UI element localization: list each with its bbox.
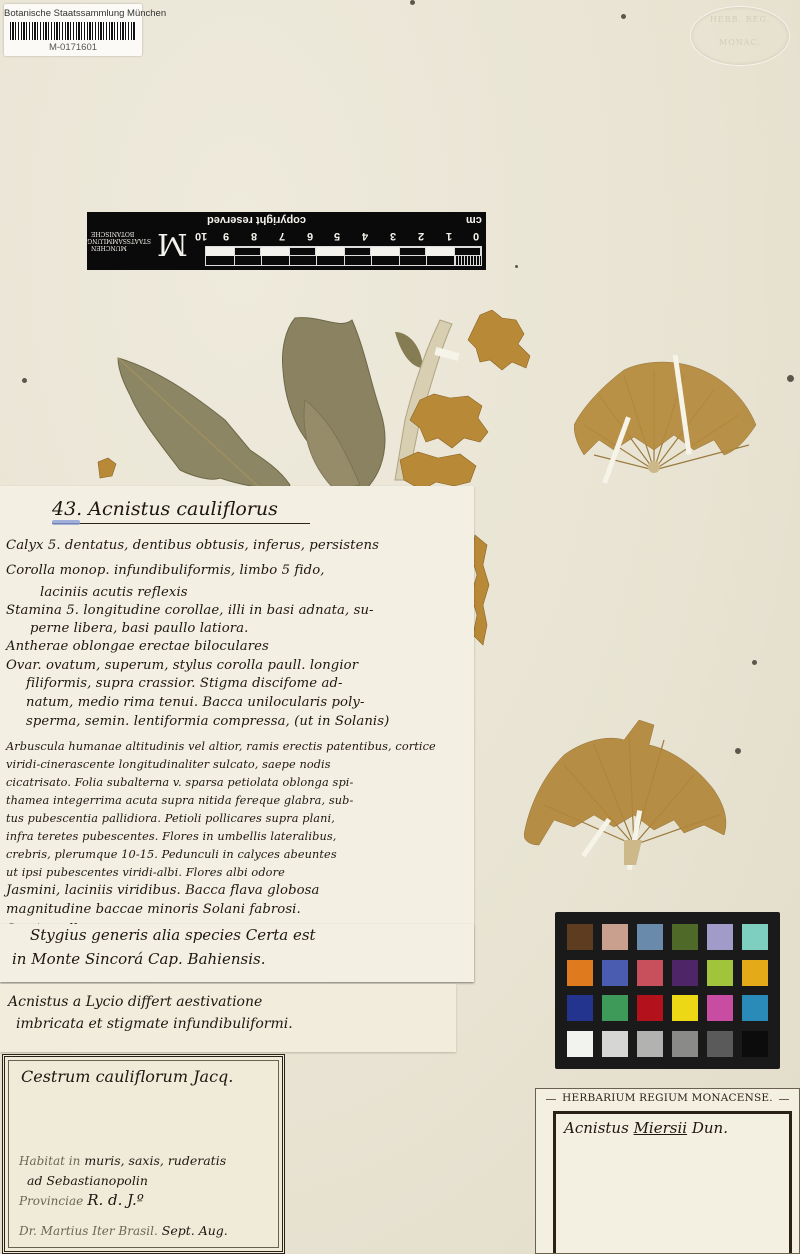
species-title: 43. Acnistus cauliflorus [52,498,278,520]
ruler [205,246,482,266]
barcode-label: Botanische Staatssammlung München M-0171… [4,4,142,56]
note-line: viridi-cinerascente longitudinaliter sul… [6,758,331,771]
province-row: Provinciae R. d. J.º [19,1191,144,1209]
collection-date: Sept. Aug. [162,1223,228,1238]
collector-row: Dr. Martius Iter Brasil. Sept. Aug. [19,1223,228,1238]
note-line: thamea integerrima acuta supra nitida fe… [6,794,353,807]
paper-speck [621,14,626,19]
note-line: Calyx 5. dentatus, dentibus obtusis, inf… [6,538,379,553]
note-line: laciniis acutis reflexis [40,585,188,600]
header-text: HERBARIUM REGIUM MONACENSE. [556,1092,779,1104]
note-line: crebris, plerumque 10-15. Pedunculi in c… [6,848,337,861]
collection-label: Cestrum cauliflorum Jacq. Habitat in mur… [2,1054,285,1254]
color-patch [707,1031,733,1057]
color-patch [742,960,768,986]
label-header: HERBARIUM REGIUM MONACENSE. [536,1092,799,1104]
tick-label: 3 [390,230,396,242]
color-patch [567,960,593,986]
color-patch [672,924,698,950]
note-line: Antherae oblongae erectae biloculares [6,639,269,654]
genus: Acnistus [564,1119,629,1137]
color-patch [637,995,663,1021]
scale-bar: MÜNCHEN STAATSSAMMLUNG BOTANISCHE M copy… [87,212,486,270]
note-line: infra teretes pubescentes. Flores in umb… [6,830,336,843]
note-bottom-section: Stygius generis alia species Certa est i… [0,924,474,982]
note-line: natum, medio rima tenui. Bacca unilocula… [26,695,365,710]
locality-text: ad Sebastianopolin [27,1173,148,1188]
strip-line: Acnistus a Lycio differt aestivatione [8,994,262,1010]
tick-label: 7 [279,230,285,242]
note-line: Corolla monop. infundibuliformis, limbo … [6,563,325,578]
color-patch [567,924,593,950]
note-line: Jasmini, laciniis viridibus. Bacca flava… [6,883,320,898]
color-patch [602,1031,628,1057]
tick-label: 5 [334,230,340,242]
institution-logo: MÜNCHEN STAATSSAMMLUNG BOTANISCHE M [91,224,201,264]
unit-label: cm [466,214,482,226]
note-line: Stygius generis alia species Certa est [30,926,316,944]
note-line: Arbuscula humanae altitudinis vel altior… [6,740,436,753]
note-line: sperma, semin. lentiformia compressa, (u… [26,714,389,729]
handwritten-description-note: 43. Acnistus cauliflorus Calyx 5. dentat… [0,486,474,982]
logo-line: BOTANISCHE [91,230,151,237]
color-patch [707,924,733,950]
logo-line: MÜNCHEN [91,244,151,251]
color-patch [602,960,628,986]
color-patch [602,924,628,950]
epithet: Miersii [634,1119,688,1137]
flower-umbel-upper [574,355,759,490]
tick-label: 8 [251,230,257,242]
color-patch [672,1031,698,1057]
barcode [10,22,136,40]
paper-speck [752,660,757,665]
paper-speck [410,0,415,5]
flower-umbel-lower [524,715,734,870]
note-line: Ovar. ovatum, superum, stylus corolla pa… [6,658,358,673]
color-patch [672,960,698,986]
color-patch [707,995,733,1021]
paper-speck [735,748,741,754]
color-patch [637,924,663,950]
color-patch [672,995,698,1021]
paper-speck [22,378,27,383]
institution-name: Botanische Staatssammlung München [4,8,142,19]
note-line: magnitudine baccae minoris Solani fabros… [6,902,301,917]
color-patch [637,960,663,986]
label-species-name: Cestrum cauliflorum Jacq. [21,1067,233,1086]
note-line: perne libera, basi paullo latiora. [30,621,248,636]
title-underline [52,523,310,524]
blue-pencil-mark [52,520,80,525]
note-line: in Monte Sincorá Cap. Bahiensis. [12,950,265,968]
note-line: tus pubescentia pallidiora. Petioli poll… [6,812,335,825]
strip-line: imbricata et stigmate infundibuliformi. [16,1016,293,1032]
note-line: ut ipsi pubescentes viridi-albi. Flores … [6,866,285,879]
specimen-id: M-0171601 [4,42,142,53]
logo-line: STAATSSAMMLUNG [91,237,151,244]
note-line: Stamina 5. longitudine corollae, illi in… [6,603,374,618]
color-patch [742,995,768,1021]
stamp-text-bottom: MONAC. [691,38,789,47]
color-patch [742,924,768,950]
printed-text: Dr. Martius Iter Brasil. [19,1224,158,1238]
herbarium-determination-label: HERBARIUM REGIUM MONACENSE. Acnistus Mie… [535,1088,800,1254]
tick-label: 2 [418,230,424,242]
stamp-text-top: HERB. REG. [691,15,789,24]
color-patch [742,1031,768,1057]
handwritten-strip-note: Acnistus a Lycio differt aestivatione im… [0,984,456,1052]
printed-text: Habitat in [19,1154,80,1168]
scale-ticks: 10 9 8 7 6 5 4 3 2 1 0 [197,230,482,244]
province-text: R. d. J.º [87,1191,144,1209]
tick-label: 0 [473,230,479,242]
paper-speck [515,265,518,268]
embossed-stamp: HERB. REG. MONAC. [690,6,790,66]
tick-label: 9 [223,230,229,242]
habitat-row: Habitat in muris, saxis, ruderatis [19,1153,226,1168]
tick-label: 10 [195,230,207,242]
tick-label: 1 [446,230,452,242]
note-line: cicatrisato. Folia subalterna v. sparsa … [6,776,353,789]
habitat-text: muris, saxis, ruderatis [84,1153,226,1168]
herbarium-sheet: Botanische Staatssammlung München M-0171… [0,0,800,1254]
color-checker-chart [555,912,780,1069]
note-line: filiformis, supra crassior. Stigma disci… [26,676,343,691]
determination-name: Acnistus Miersii Dun. [564,1119,728,1137]
color-patch [567,995,593,1021]
copyright-text: copyright reserved [207,214,306,226]
color-patch [602,995,628,1021]
tick-label: 6 [307,230,313,242]
leaf-logo-icon: M [157,226,188,261]
printed-text: Provinciae [19,1194,83,1208]
color-patch [707,960,733,986]
author: Dun. [692,1119,728,1137]
color-patch [637,1031,663,1057]
tick-label: 4 [362,230,368,242]
color-patch [567,1031,593,1057]
paper-speck [787,375,794,382]
logo-text: MÜNCHEN STAATSSAMMLUNG BOTANISCHE [91,230,151,251]
